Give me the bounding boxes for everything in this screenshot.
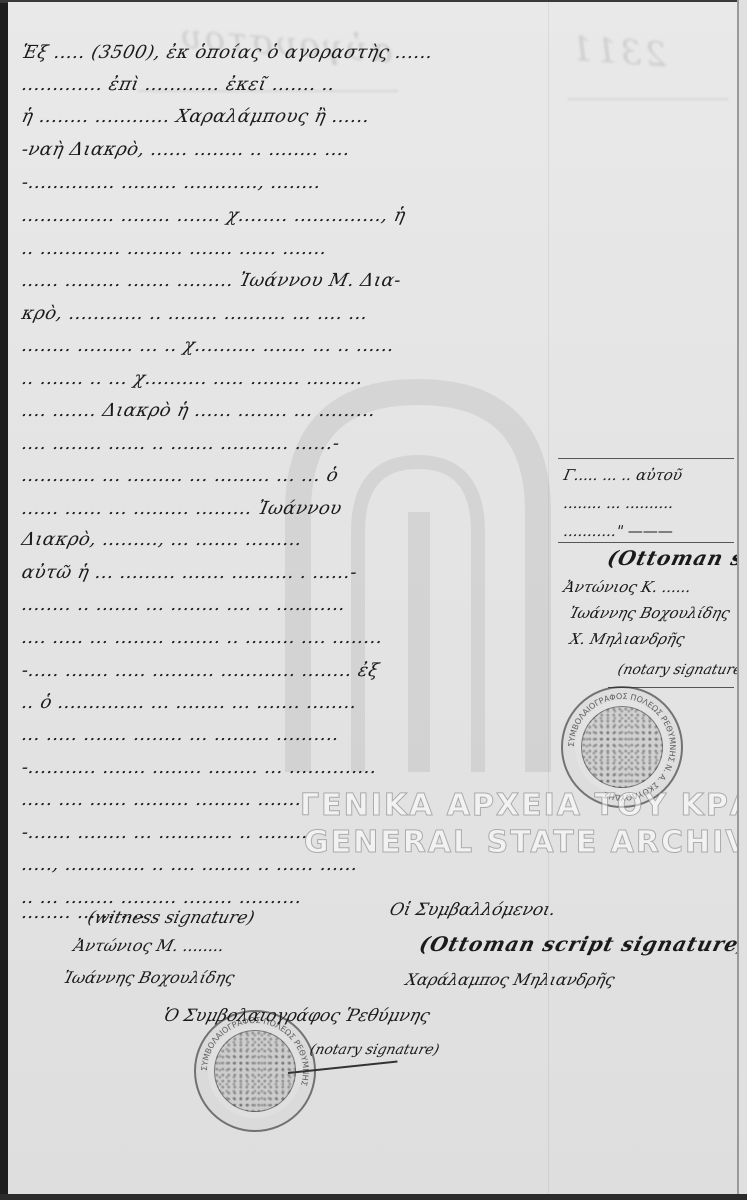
handwritten-line: .... ........ ...... .. ....... ........… [20,433,342,454]
document-page: αὐγουστου 2311 Ἑξ ..... (3500), ἐκ ὁποία… [8,2,737,1194]
bleedthrough-page-number: 2311 [567,29,668,76]
margin-signature: Χ. Μηλιανδρῆς [568,630,687,648]
notary-title: Ὁ Συμβολαιογράφος Ῥεθύμνης [162,1006,433,1026]
archive-watermark-english: GENERAL STATE ARCHIVES [304,825,737,860]
margin-signature: Ἰωάννης Βοχουλίδης [568,604,732,622]
handwritten-line: Ἑξ ..... (3500), ἐκ ὁποίας ὁ αγοραστὴς .… [20,42,435,63]
bleedthrough-rule [568,98,728,100]
party-signature: Χαράλαμπος Μηλιανδρῆς [404,970,617,989]
witness-signature: Ἀντώνιος Μ. ........ [72,936,227,955]
handwritten-line: ............... ........ ....... χ......… [20,205,408,226]
handwritten-line: ........ ......... ... .. χ.......... ..… [20,335,397,356]
handwritten-line: -.............. ......... ............, … [20,172,323,193]
handwritten-line: .. ....... .. ... χ.......... ..... ....… [20,368,366,389]
handwritten-line: ........ .. ....... ... ........ .... ..… [20,594,348,615]
handwritten-line: ...... ...... ... ......... ......... Ἰω… [20,498,344,519]
handwritten-line: .. ............. ......... ....... .....… [20,238,329,259]
margin-note-line: ........ ... .......... [562,494,675,512]
handwritten-line: -....... ........ ... ............ .. ..… [20,822,311,843]
archive-watermark-greek: ΓΕΝΙΚΑ ΑΡΧΕΙΑ ΤΟΥ ΚΡΑΤΟΥΣ [300,788,737,823]
handwritten-line: ............ ... ......... ... .........… [20,465,341,486]
handwritten-line: ἡ ........ ............ Χαραλάμπους ἢ ..… [20,106,372,127]
scan-bottom-edge [0,1194,747,1200]
scan-right-binding [737,0,747,1200]
handwritten-line: ...... ......... ....... ......... Ἰωάνν… [20,270,403,291]
handwritten-line: Διακρὸ, ........., ... ....... ......... [20,529,304,550]
parties-label: Οἱ Συμβαλλόμενοι. [388,900,558,920]
handwritten-line: ..... .... ...... ......... ......... ..… [20,789,304,810]
witness-signature: Ἰωάννης Βοχουλίδης [62,968,237,987]
handwritten-line: αὐτῶ ἡ ... ......... ....... .......... … [20,562,360,583]
handwritten-line: .... ....... Διακρὸ ἡ ...... ........ ..… [20,400,378,421]
margin-signature: Ἀντώνιος Κ. ...... [562,578,694,596]
svg-text:ΣΥΜΒΟΛΑΙΟΓΡΑΦΟΣ ΠΟΛΕΩΣ ΡΕΘΥΜΝΗ: ΣΥΜΒΟΛΑΙΟΓΡΑΦΟΣ ΠΟΛΕΩΣ ΡΕΘΥΜΝΗΣ Ν. Α. ΣΚ… [567,692,677,802]
margin-rule [548,2,549,1194]
party-signature-ottoman: (Ottoman script signature) [417,932,737,956]
margin-rule-top [558,458,734,459]
svg-text:ΣΥΜΒΟΛΑΙΟΓΡΑΦΟΣ ΠΟΛΕΩΣ ΡΕΘΥΜΝΗ: ΣΥΜΒΟΛΑΙΟΓΡΑΦΟΣ ΠΟΛΕΩΣ ΡΕΘΥΜΝΗΣ [200,1016,310,1087]
margin-note-line: Γ..... ... .. αὐτοῦ [562,466,684,484]
margin-signature-ottoman: (Ottoman script signature) [605,546,737,570]
handwritten-line: .. ὁ .............. ... ........ ... ...… [20,692,359,713]
handwritten-line: -........... ....... ........ ........ .… [20,757,379,778]
handwritten-line: ... ..... ....... ........ ... .........… [20,724,342,745]
witness-signature: (witness signature) [86,908,257,928]
margin-rule-mid [558,542,734,543]
handwritten-line: .... ..... ... ........ ........ .. ....… [20,627,385,648]
handwritten-line: -..... ....... ..... .......... ........… [20,660,381,681]
handwritten-line: -ναὴ Διακρὸ, ...... ........ .. ........… [20,139,353,160]
notary-signature: (notary signature) [308,1042,441,1058]
margin-note-line: ..........." ——— [562,522,675,540]
handwritten-line: κρὸ, ............ .. ........ ..........… [20,303,370,324]
margin-notary-signature: (notary signature) [616,662,737,678]
handwritten-line: ............. ἐπὶ ............ ἐκεῖ ....… [20,74,337,95]
